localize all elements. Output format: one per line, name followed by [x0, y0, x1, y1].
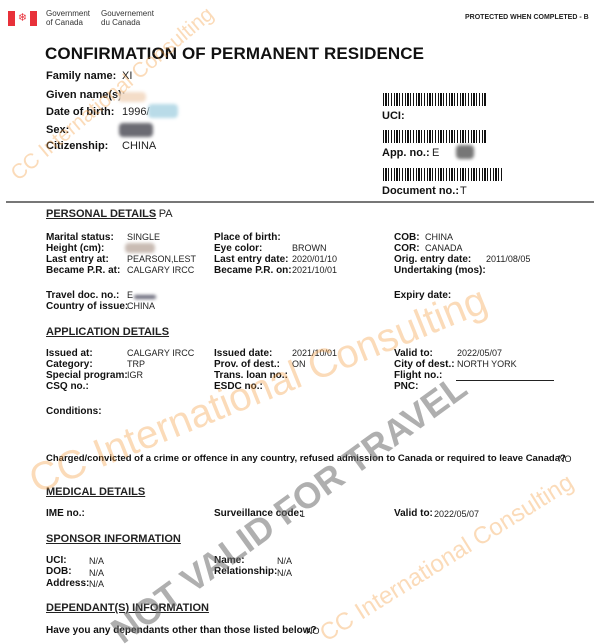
cor-value: CANADA: [425, 243, 463, 253]
last-entry-date-label: Last entry date:: [214, 254, 288, 265]
conditions-label: Conditions:: [46, 406, 102, 417]
marital-status-value: SINGLE: [127, 232, 160, 242]
medical-details-heading: MEDICAL DETAILS: [46, 486, 145, 498]
redacted-sex: [119, 123, 153, 137]
sponsor-relationship-value: N/A: [277, 568, 292, 578]
trans-loan-label: Trans. loan no.:: [214, 370, 288, 381]
marital-status-label: Marital status:: [46, 232, 114, 243]
personal-details-suffix: - PA: [152, 208, 173, 220]
became-pr-on-value: 2021/10/01: [292, 265, 337, 275]
redacted-dob: [148, 104, 178, 118]
sex-label: Sex:: [46, 124, 69, 136]
cor-label: COR:: [394, 243, 420, 254]
issued-at-label: Issued at:: [46, 348, 93, 359]
last-entry-at-value: PEARSON,LEST: [127, 254, 196, 264]
protected-label: PROTECTED WHEN COMPLETED - B: [465, 14, 589, 21]
orig-entry-date-value: 2011/08/05: [486, 254, 530, 264]
sponsor-address-value: N/A: [89, 579, 104, 589]
dob-value: 1996/: [122, 106, 150, 118]
dependants-info-heading: DEPENDANT(S) INFORMATION: [46, 602, 209, 614]
cob-label: COB:: [394, 232, 420, 243]
sponsor-dob-label: DOB:: [46, 566, 72, 577]
flight-no-label: Flight no.:: [394, 370, 442, 381]
redacted-given-names: [118, 92, 146, 102]
citizenship-value: CHINA: [122, 140, 156, 152]
issued-at-value: CALGARY IRCC: [127, 348, 194, 358]
uci-label: UCI:: [382, 110, 405, 122]
valid-to-value: 2022/05/07: [457, 348, 502, 358]
eye-color-label: Eye color:: [214, 243, 262, 254]
travel-doc-value: E: [127, 290, 133, 300]
given-names-label: Given name(s):: [46, 89, 125, 101]
undertaking-label: Undertaking (mos):: [394, 265, 486, 276]
sponsor-relationship-label: Relationship:: [214, 566, 277, 577]
pnc-label: PNC:: [394, 381, 418, 392]
became-pr-at-value: CALGARY IRCC: [127, 265, 194, 275]
city-dest-label: City of dest.:: [394, 359, 455, 370]
medical-valid-to-label: Valid to:: [394, 508, 433, 519]
dob-label: Date of birth:: [46, 106, 114, 118]
app-no-label: App. no.:: [382, 147, 430, 159]
sponsor-dob-value: N/A: [89, 568, 104, 578]
place-of-birth-label: Place of birth:: [214, 232, 281, 243]
last-entry-at-label: Last entry at:: [46, 254, 109, 265]
criminal-answer: NO: [558, 454, 572, 464]
sponsor-uci-value: N/A: [89, 556, 104, 566]
sponsor-info-heading: SPONSOR INFORMATION: [46, 533, 181, 545]
issued-date-value: 2021/10/01: [292, 348, 337, 358]
surveillance-code-value: 1: [300, 509, 305, 519]
document-no-label: Document no.:: [382, 185, 459, 197]
consulting-watermark-bottom: CC International Consulting: [315, 469, 579, 644]
family-name-label: Family name:: [46, 70, 116, 82]
city-dest-value: NORTH YORK: [457, 359, 517, 369]
section-divider: [6, 201, 594, 203]
gov-fr-wordmark: Gouvernement du Canada: [101, 9, 154, 27]
sponsor-uci-label: UCI:: [46, 555, 67, 566]
travel-doc-label: Travel doc. no.:: [46, 290, 119, 301]
page-title: CONFIRMATION OF PERMANENT RESIDENCE: [45, 44, 424, 64]
gov-en-wordmark: Government of Canada: [46, 9, 90, 27]
height-label: Height (cm):: [46, 243, 104, 254]
dependants-question: Have you any dependants other than those…: [46, 625, 317, 636]
expiry-date-label: Expiry date:: [394, 290, 451, 301]
valid-to-label: Valid to:: [394, 348, 433, 359]
citizenship-label: Citizenship:: [46, 140, 108, 152]
document-no-value: T: [460, 185, 467, 197]
document-no-barcode: [383, 168, 504, 181]
redacted-app-no: [456, 145, 474, 159]
redacted-height: [125, 243, 155, 253]
medical-valid-to-value: 2022/05/07: [434, 509, 479, 519]
sponsor-name-value: N/A: [277, 556, 292, 566]
csq-label: CSQ no.:: [46, 381, 89, 392]
last-entry-date-value: 2020/01/10: [292, 254, 337, 264]
flight-no-field-line: [456, 380, 554, 381]
sponsor-address-label: Address:: [46, 578, 89, 589]
country-of-issue-label: Country of issue:: [46, 301, 128, 312]
cob-value: CHINA: [425, 232, 453, 242]
category-label: Category:: [46, 359, 93, 370]
special-program-label: Special program:: [46, 370, 128, 381]
ime-no-label: IME no.:: [46, 508, 85, 519]
redacted-travel-doc: [134, 295, 156, 299]
orig-entry-date-label: Orig. entry date:: [394, 254, 471, 265]
prov-dest-value: ON: [292, 359, 306, 369]
dependants-answer: NO: [306, 626, 320, 636]
app-no-barcode: [383, 130, 486, 143]
prov-dest-label: Prov. of dest.:: [214, 359, 280, 370]
special-program-value: IGR: [127, 370, 143, 380]
application-details-heading: APPLICATION DETAILS: [46, 326, 169, 338]
app-no-value: E: [432, 147, 439, 159]
uci-barcode: [383, 93, 486, 106]
surveillance-code-label: Surveillance code:: [214, 508, 302, 519]
sponsor-name-label: Name:: [214, 555, 245, 566]
became-pr-on-label: Became P.R. on:: [214, 265, 292, 276]
canada-flag-icon: ❄: [8, 11, 37, 26]
family-name-value: XI: [122, 70, 132, 82]
became-pr-at-label: Became P.R. at:: [46, 265, 120, 276]
esdc-label: ESDC no.:: [214, 381, 263, 392]
personal-details-heading: PERSONAL DETAILS: [46, 208, 156, 220]
category-value: TRP: [127, 359, 145, 369]
maple-leaf-icon: ❄: [17, 12, 28, 25]
issued-date-label: Issued date:: [214, 348, 272, 359]
country-of-issue-value: CHINA: [127, 301, 155, 311]
criminal-question: Charged/convicted of a crime or offence …: [46, 453, 566, 464]
eye-color-value: BROWN: [292, 243, 327, 253]
